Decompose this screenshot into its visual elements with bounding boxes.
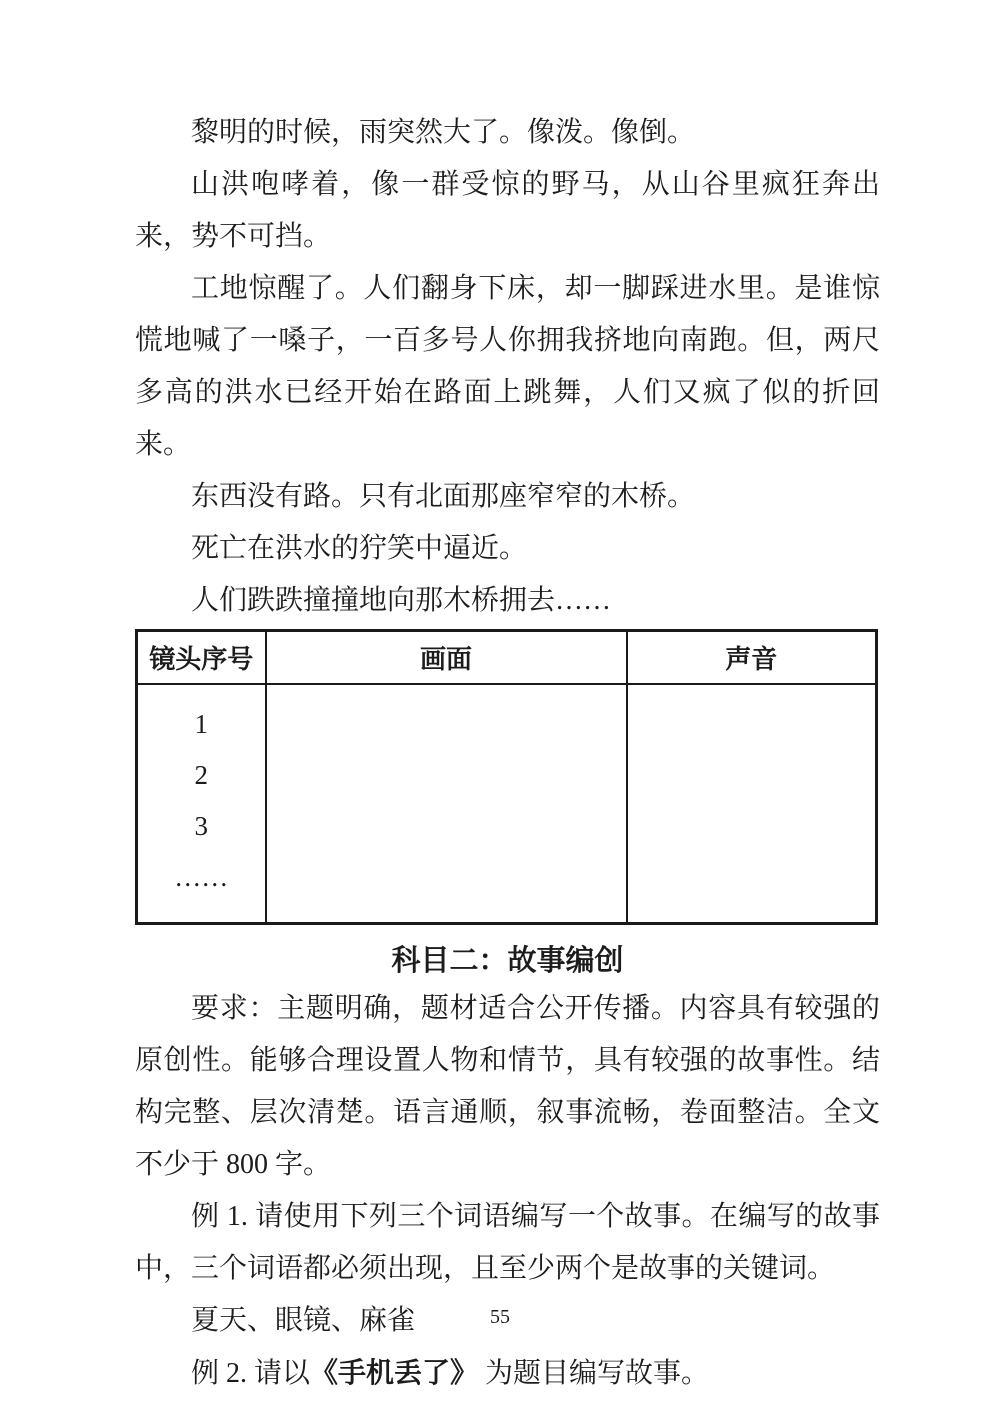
- picture-cell: [266, 684, 627, 924]
- shot-number-2: 2: [138, 750, 265, 801]
- section-title: 科目二：故事编创: [135, 939, 880, 983]
- story-paragraph-1: 黎明的时候，雨突然大了。像泼。像倒。: [135, 107, 880, 159]
- requirements-paragraph: 要求：主题明确，题材适合公开传播。内容具有较强的原创性。能够合理设置人物和情节，…: [135, 983, 880, 1191]
- story-paragraph-5: 死亡在洪水的狞笑中逼近。: [135, 523, 880, 575]
- sound-cell: [627, 684, 877, 924]
- document-page: 黎明的时候，雨突然大了。像泼。像倒。 山洪咆哮着，像一群受惊的野马，从山谷里疯狂…: [0, 0, 1000, 1414]
- example2-story-title: 《手机丢了》: [310, 1357, 478, 1388]
- shot-number-ellipsis: ……: [138, 852, 265, 903]
- example2-prefix: 例 2. 请以: [191, 1358, 310, 1389]
- story-paragraph-3: 工地惊醒了。人们翻身下床，却一脚踩进水里。是谁惊慌地喊了一嗓子，一百多号人你拥我…: [135, 263, 880, 471]
- header-picture: 画面: [266, 631, 627, 684]
- page-content: 黎明的时候，雨突然大了。像泼。像倒。 山洪咆哮着，像一群受惊的野马，从山谷里疯狂…: [135, 107, 880, 1400]
- story-paragraph-6: 人们跌跌撞撞地向那木桥拥去……: [135, 575, 880, 627]
- storyboard-table: 镜头序号 画面 声音 1 2 3 ……: [135, 629, 878, 925]
- example1-paragraph: 例 1. 请使用下列三个词语编写一个故事。在编写的故事中，三个词语都必须出现，且…: [135, 1191, 880, 1295]
- shot-number-3: 3: [138, 801, 265, 852]
- story-paragraph-4: 东西没有路。只有北面那座窄窄的木桥。: [135, 471, 880, 523]
- shot-number-1: 1: [138, 699, 265, 750]
- example2-suffix: 为题目编写故事。: [478, 1358, 709, 1389]
- header-sound: 声音: [627, 631, 877, 684]
- story-paragraph-2: 山洪咆哮着，像一群受惊的野马，从山谷里疯狂奔出来，势不可挡。: [135, 159, 880, 263]
- page-number: 55: [0, 1303, 1000, 1331]
- header-shot-number: 镜头序号: [137, 631, 266, 684]
- example2-paragraph: 例 2. 请以《手机丢了》 为题目编写故事。: [135, 1347, 880, 1400]
- storyboard-header-row: 镜头序号 画面 声音: [137, 631, 877, 684]
- shot-number-cell: 1 2 3 ……: [137, 684, 266, 924]
- storyboard-body-row: 1 2 3 ……: [137, 684, 877, 924]
